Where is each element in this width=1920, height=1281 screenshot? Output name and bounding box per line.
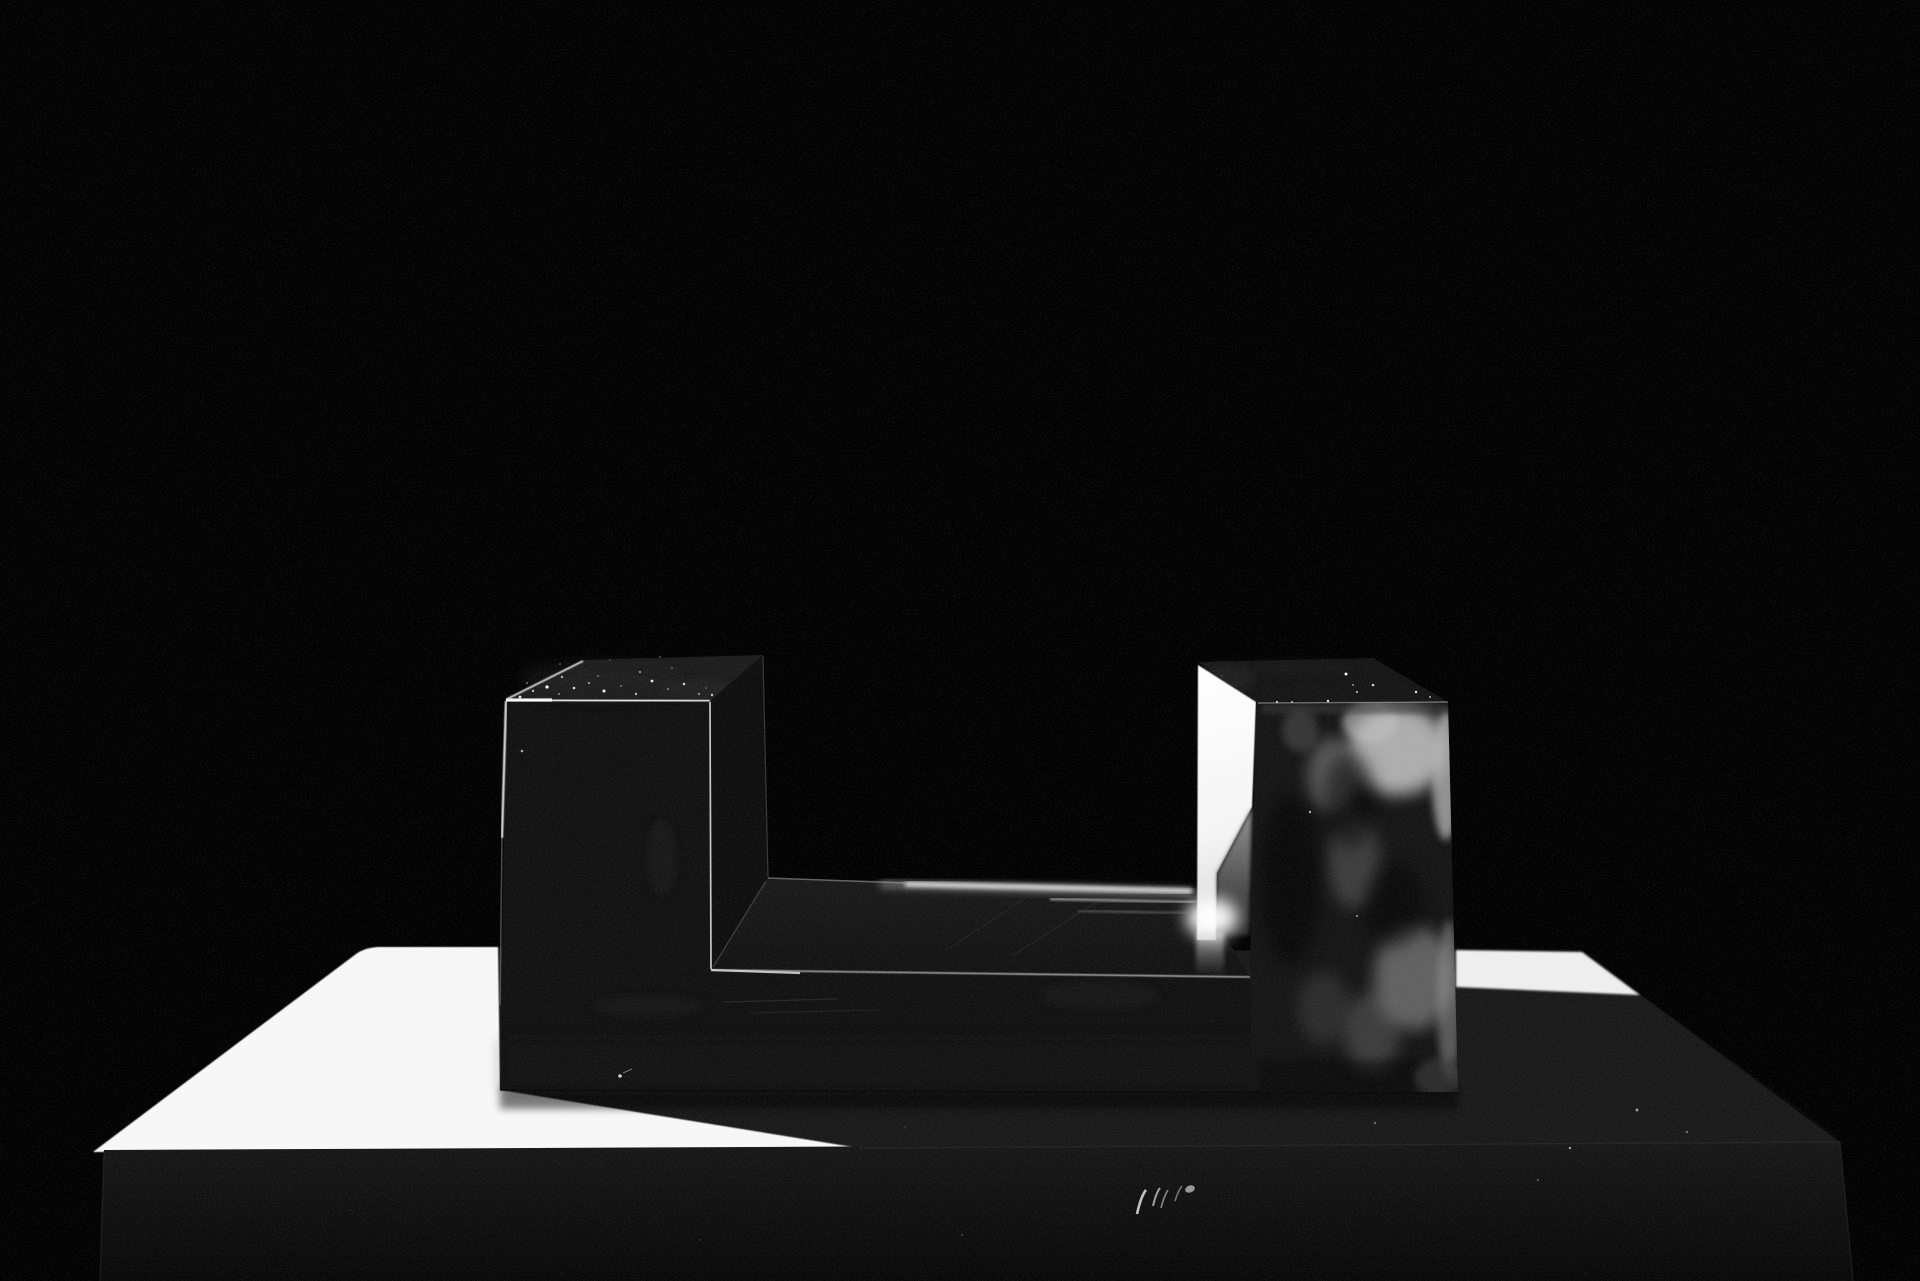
photo-canvas — [0, 0, 1920, 1281]
photograph: Black-and-white photograph of a dark pol… — [0, 0, 1920, 1281]
film-grain-overlay — [0, 0, 1920, 1281]
